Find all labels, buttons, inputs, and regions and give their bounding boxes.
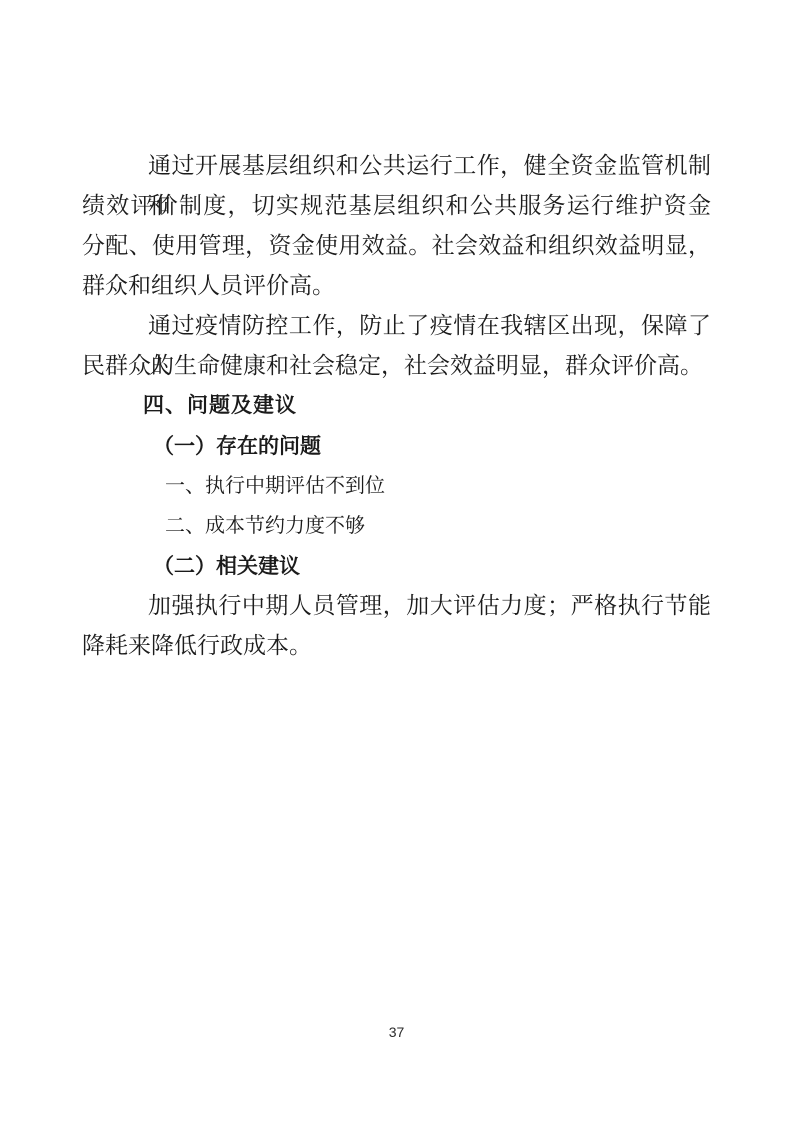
paragraph-line: 群众和组织人员评价高。 bbox=[82, 266, 711, 306]
paragraph-line: 民群众的生命健康和社会稳定，社会效益明显，群众评价高。 bbox=[82, 346, 711, 386]
paragraph-line: 加强执行中期人员管理，加大评估力度；严格执行节能 bbox=[82, 586, 711, 626]
paragraph-line: 通过开展基层组织和公共运行工作，健全资金监管机制和 bbox=[82, 146, 711, 186]
paragraph-benefit-evaluation: 通过开展基层组织和公共运行工作，健全资金监管机制和 绩效评价制度，切实规范基层组… bbox=[82, 146, 711, 306]
page-number: 37 bbox=[0, 1022, 793, 1042]
paragraph-suggestions-detail: 加强执行中期人员管理，加大评估力度；严格执行节能 降耗来降低行政成本。 bbox=[82, 586, 711, 666]
paragraph-line: 绩效评价制度，切实规范基层组织和公共服务运行维护资金 bbox=[82, 186, 711, 226]
paragraph-epidemic-prevention: 通过疫情防控工作，防止了疫情在我辖区出现，保障了人 民群众的生命健康和社会稳定，… bbox=[82, 306, 711, 386]
document-page: 通过开展基层组织和公共运行工作，健全资金监管机制和 绩效评价制度，切实规范基层组… bbox=[0, 0, 793, 1122]
document-body: 通过开展基层组织和公共运行工作，健全资金监管机制和 绩效评价制度，切实规范基层组… bbox=[82, 146, 711, 666]
subheading-suggestions: （二）相关建议 bbox=[82, 546, 711, 586]
problem-item-1: 一、执行中期评估不到位 bbox=[82, 466, 711, 506]
subheading-existing-problems: （一）存在的问题 bbox=[82, 426, 711, 466]
problem-item-2: 二、成本节约力度不够 bbox=[82, 506, 711, 546]
section-heading-problems-and-suggestions: 四、问题及建议 bbox=[82, 386, 711, 426]
paragraph-line: 通过疫情防控工作，防止了疫情在我辖区出现，保障了人 bbox=[82, 306, 711, 346]
paragraph-line: 降耗来降低行政成本。 bbox=[82, 626, 711, 666]
paragraph-line: 分配、使用管理，资金使用效益。社会效益和组织效益明显， bbox=[82, 226, 711, 266]
